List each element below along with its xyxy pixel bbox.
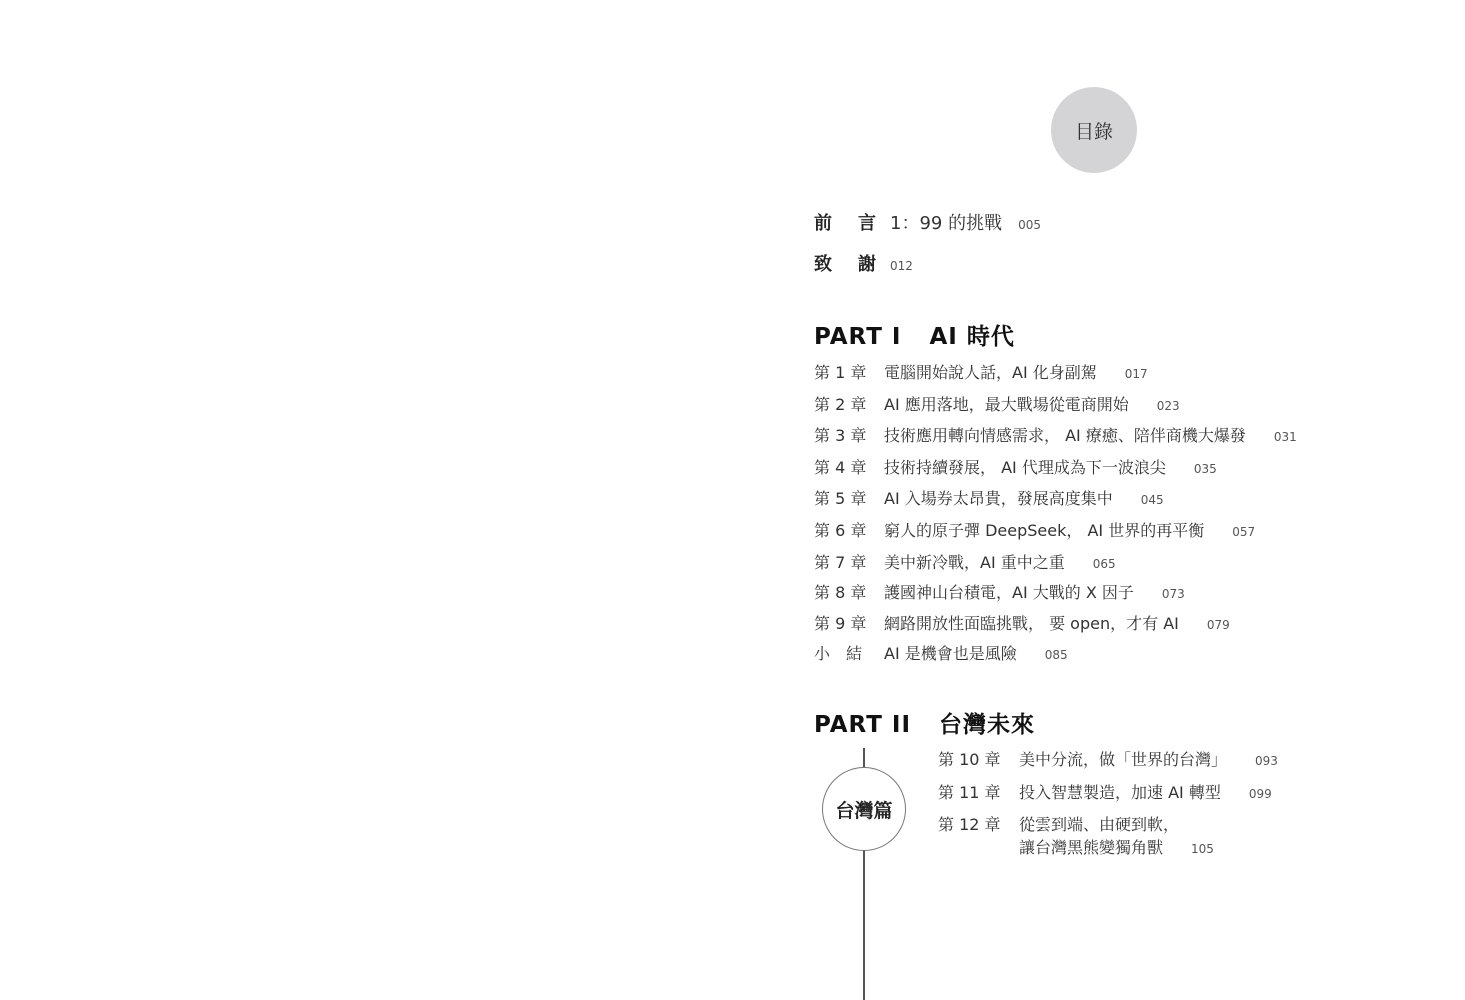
chapter-entry[interactable]: 第 4 章 技術持續發展， AI 代理成為下一波浪尖 035: [814, 455, 1217, 478]
chapter-entry[interactable]: 第 7 章 美中新冷戰，AI 重中之重 065: [814, 550, 1116, 573]
timeline-line-bottom: [863, 851, 865, 1000]
chapter-entry[interactable]: 第 12 章 從雲到端、由硬到軟，: [938, 812, 1179, 835]
part-heading-2: PART II 台灣未來: [814, 706, 1035, 739]
chapter-entry[interactable]: 第 1 章 電腦開始說人話，AI 化身副駕 017: [814, 360, 1148, 383]
front-matter-title: 1：99 的挑戰: [890, 209, 1002, 235]
chapter-entry[interactable]: 第 11 章 投入智慧製造，加速 AI 轉型 099: [938, 780, 1272, 803]
page-number: 099: [1249, 787, 1272, 801]
part-heading-1: PART I AI 時代: [814, 318, 1015, 351]
page-number: 105: [1191, 842, 1214, 856]
page-number: 093: [1255, 754, 1278, 768]
page-number: 031: [1274, 430, 1297, 444]
page-number: 073: [1162, 587, 1185, 601]
toc-title-badge: 目錄: [1051, 87, 1137, 173]
page-number: 012: [890, 259, 913, 273]
chapter-entry[interactable]: 第 9 章 網路開放性面臨挑戰， 要 open，才有 AI 079: [814, 611, 1230, 634]
page-number: 045: [1141, 493, 1164, 507]
page-number: 079: [1207, 618, 1230, 632]
chapter-entry[interactable]: 第 6 章 窮人的原子彈 DeepSeek， AI 世界的再平衡 057: [814, 518, 1255, 541]
part-number: PART II: [814, 712, 911, 738]
page-number: 085: [1045, 648, 1068, 662]
part-title: AI 時代: [929, 318, 1014, 351]
section-badge-taiwan: 台灣篇: [822, 767, 906, 851]
toc-title: 目錄: [1075, 117, 1113, 144]
front-matter-acknowledgements[interactable]: 致 謝 012: [814, 250, 913, 276]
chapter-entry-summary[interactable]: 小 結 AI 是機會也是風險 085: [814, 641, 1068, 664]
chapter-entry-continuation[interactable]: 讓台灣黑熊變獨角獸 105: [1019, 835, 1214, 858]
page-number: 017: [1125, 367, 1148, 381]
chapter-entry[interactable]: 第 8 章 護國神山台積電，AI 大戰的 X 因子 073: [814, 580, 1185, 603]
front-matter-preface[interactable]: 前 言 1：99 的挑戰 005: [814, 209, 1041, 235]
page-number: 057: [1232, 525, 1255, 539]
chapter-entry[interactable]: 第 10 章 美中分流，做「世界的台灣」 093: [938, 747, 1278, 770]
chapter-entry[interactable]: 第 5 章 AI 入場券太昂貴，發展高度集中 045: [814, 486, 1164, 509]
page-number: 005: [1018, 218, 1041, 232]
chapter-entry[interactable]: 第 3 章 技術應用轉向情感需求， AI 療癒、陪伴商機大爆發 031: [814, 423, 1297, 446]
page-number: 035: [1194, 462, 1217, 476]
chapter-entry[interactable]: 第 2 章 AI 應用落地，最大戰場從電商開始 023: [814, 392, 1180, 415]
page-number: 023: [1157, 399, 1180, 413]
front-matter-label: 致 謝: [814, 250, 876, 276]
timeline-line-top: [863, 748, 865, 767]
front-matter-label: 前 言: [814, 209, 876, 235]
part-title: 台灣未來: [939, 706, 1035, 739]
part-number: PART I: [814, 324, 901, 350]
page-number: 065: [1093, 557, 1116, 571]
